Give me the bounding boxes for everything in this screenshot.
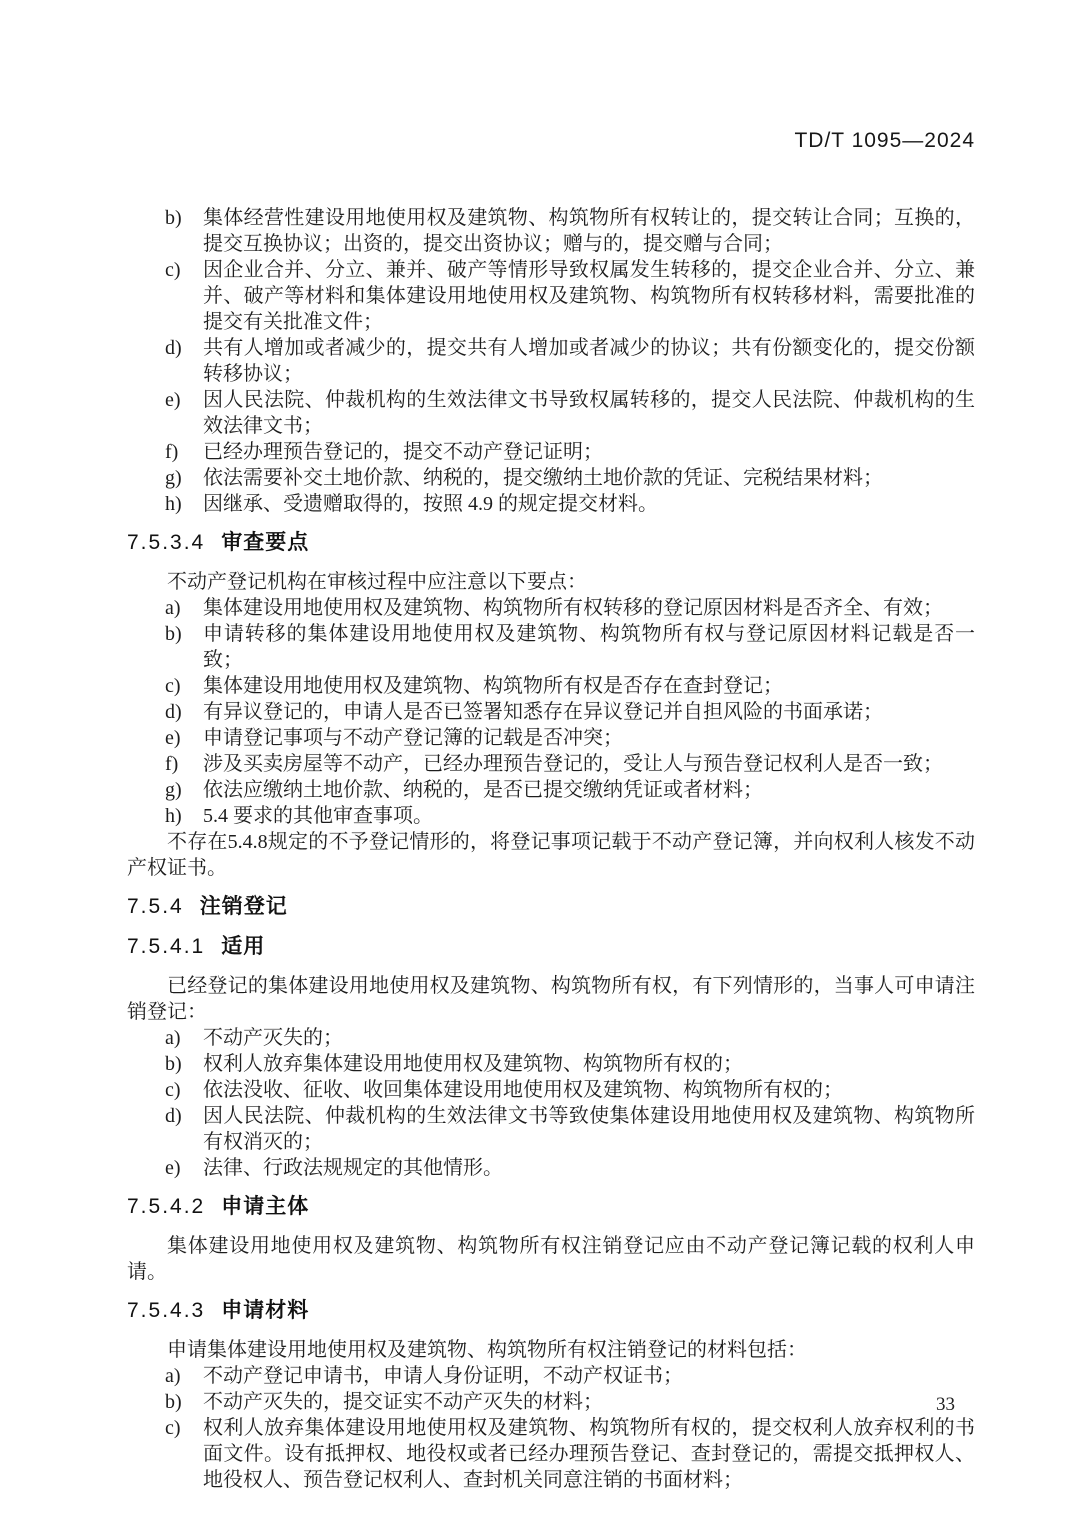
section-heading: 7.5.4.2申请主体 bbox=[127, 1193, 975, 1220]
list-item: a)不动产登记申请书，申请人身份证明，不动产权证书； bbox=[165, 1363, 975, 1389]
paragraph: 不存在5.4.8规定的不予登记情形的，将登记事项记载于不动产登记簿，并向权利人核… bbox=[127, 829, 975, 881]
list-item: g)依法应缴纳土地价款、纳税的，是否已提交缴纳凭证或者材料； bbox=[165, 777, 975, 803]
list-item-text: 权利人放弃集体建设用地使用权及建筑物、构筑物所有权的； bbox=[203, 1051, 975, 1077]
list-item-text: 权利人放弃集体建设用地使用权及建筑物、构筑物所有权的，提交权利人放弃权利的书面文… bbox=[203, 1415, 975, 1493]
list-item: c)依法没收、征收、收回集体建设用地使用权及建筑物、构筑物所有权的； bbox=[165, 1077, 975, 1103]
list-item-label: d) bbox=[165, 1103, 203, 1155]
paragraph: 不动产登记机构在审核过程中应注意以下要点： bbox=[127, 569, 975, 595]
section-heading: 7.5.4.1适用 bbox=[127, 933, 975, 960]
list-item-text: 集体建设用地使用权及建筑物、构筑物所有权转移的登记原因材料是否齐全、有效； bbox=[203, 595, 975, 621]
list-item: d)因人民法院、仲裁机构的生效法律文书等致使集体建设用地使用权及建筑物、构筑物所… bbox=[165, 1103, 975, 1155]
list-item-text: 已经办理预告登记的，提交不动产登记证明； bbox=[203, 439, 975, 465]
list-item: g)依法需要补交土地价款、纳税的，提交缴纳土地价款的凭证、完税结果材料； bbox=[165, 465, 975, 491]
standard-number-header: TD/T 1095—2024 bbox=[794, 128, 975, 154]
list-item: h)5.4 要求的其他审查事项。 bbox=[165, 803, 975, 829]
list-item-label: b) bbox=[165, 621, 203, 673]
list-item: b)权利人放弃集体建设用地使用权及建筑物、构筑物所有权的； bbox=[165, 1051, 975, 1077]
list-item-label: e) bbox=[165, 725, 203, 751]
list-item: b)不动产灭失的，提交证实不动产灭失的材料； bbox=[165, 1389, 975, 1415]
list-item-label: f) bbox=[165, 439, 203, 465]
list-item: c)权利人放弃集体建设用地使用权及建筑物、构筑物所有权的，提交权利人放弃权利的书… bbox=[165, 1415, 975, 1493]
section-number: 7.5.4.2 bbox=[127, 1195, 205, 1218]
lettered-list: a)不动产灭失的；b)权利人放弃集体建设用地使用权及建筑物、构筑物所有权的；c)… bbox=[127, 1025, 975, 1181]
list-item: e)因人民法院、仲裁机构的生效法律文书导致权属转移的，提交人民法院、仲裁机构的生… bbox=[165, 387, 975, 439]
paragraph: 集体建设用地使用权及建筑物、构筑物所有权注销登记应由不动产登记簿记载的权利人申请… bbox=[127, 1233, 975, 1285]
list-item-text: 集体经营性建设用地使用权及建筑物、构筑物所有权转让的，提交转让合同；互换的，提交… bbox=[203, 205, 975, 257]
list-item-label: c) bbox=[165, 257, 203, 335]
section-heading: 7.5.3.4审查要点 bbox=[127, 529, 975, 556]
section-title: 适用 bbox=[221, 935, 265, 958]
lettered-list: a)不动产登记申请书，申请人身份证明，不动产权证书；b)不动产灭失的，提交证实不… bbox=[127, 1363, 975, 1493]
list-item: a)不动产灭失的； bbox=[165, 1025, 975, 1051]
list-item: d)有异议登记的，申请人是否已签署知悉存在异议登记并自担风险的书面承诺； bbox=[165, 699, 975, 725]
list-item-text: 法律、行政法规规定的其他情形。 bbox=[203, 1155, 975, 1181]
list-item-label: g) bbox=[165, 777, 203, 803]
lettered-list: b)集体经营性建设用地使用权及建筑物、构筑物所有权转让的，提交转让合同；互换的，… bbox=[127, 205, 975, 517]
list-item: b)集体经营性建设用地使用权及建筑物、构筑物所有权转让的，提交转让合同；互换的，… bbox=[165, 205, 975, 257]
paragraph: 已经登记的集体建设用地使用权及建筑物、构筑物所有权，有下列情形的，当事人可申请注… bbox=[127, 973, 975, 1025]
list-item-label: f) bbox=[165, 751, 203, 777]
list-item: c)集体建设用地使用权及建筑物、构筑物所有权是否存在查封登记； bbox=[165, 673, 975, 699]
list-item-label: g) bbox=[165, 465, 203, 491]
list-item-label: b) bbox=[165, 1389, 203, 1415]
document-body: b)集体经营性建设用地使用权及建筑物、构筑物所有权转让的，提交转让合同；互换的，… bbox=[127, 205, 975, 1493]
section-title: 申请材料 bbox=[221, 1299, 309, 1322]
list-item-label: a) bbox=[165, 1025, 203, 1051]
list-item-label: h) bbox=[165, 803, 203, 829]
lettered-list: a)集体建设用地使用权及建筑物、构筑物所有权转移的登记原因材料是否齐全、有效；b… bbox=[127, 595, 975, 829]
list-item-text: 不动产灭失的，提交证实不动产灭失的材料； bbox=[203, 1389, 975, 1415]
list-item-text: 申请登记事项与不动产登记簿的记载是否冲突； bbox=[203, 725, 975, 751]
list-item-label: b) bbox=[165, 205, 203, 257]
list-item-label: a) bbox=[165, 1363, 203, 1389]
section-heading: 7.5.4注销登记 bbox=[127, 893, 975, 920]
list-item-label: h) bbox=[165, 491, 203, 517]
list-item: e)法律、行政法规规定的其他情形。 bbox=[165, 1155, 975, 1181]
section-number: 7.5.4.3 bbox=[127, 1299, 205, 1322]
list-item-text: 共有人增加或者减少的，提交共有人增加或者减少的协议；共有份额变化的，提交份额转移… bbox=[203, 335, 975, 387]
list-item-label: e) bbox=[165, 1155, 203, 1181]
list-item-text: 因继承、受遗赠取得的，按照 4.9 的规定提交材料。 bbox=[203, 491, 975, 517]
list-item: f)已经办理预告登记的，提交不动产登记证明； bbox=[165, 439, 975, 465]
list-item-text: 因人民法院、仲裁机构的生效法律文书等致使集体建设用地使用权及建筑物、构筑物所有权… bbox=[203, 1103, 975, 1155]
list-item-label: c) bbox=[165, 1415, 203, 1493]
paragraph: 申请集体建设用地使用权及建筑物、构筑物所有权注销登记的材料包括： bbox=[127, 1337, 975, 1363]
list-item-text: 申请转移的集体建设用地使用权及建筑物、构筑物所有权与登记原因材料记载是否一致； bbox=[203, 621, 975, 673]
list-item-text: 涉及买卖房屋等不动产，已经办理预告登记的，受让人与预告登记权利人是否一致； bbox=[203, 751, 975, 777]
list-item: b)申请转移的集体建设用地使用权及建筑物、构筑物所有权与登记原因材料记载是否一致… bbox=[165, 621, 975, 673]
list-item: f)涉及买卖房屋等不动产，已经办理预告登记的，受让人与预告登记权利人是否一致； bbox=[165, 751, 975, 777]
list-item-text: 因人民法院、仲裁机构的生效法律文书导致权属转移的，提交人民法院、仲裁机构的生效法… bbox=[203, 387, 975, 439]
list-item-label: c) bbox=[165, 1077, 203, 1103]
list-item: a)集体建设用地使用权及建筑物、构筑物所有权转移的登记原因材料是否齐全、有效； bbox=[165, 595, 975, 621]
section-title: 注销登记 bbox=[200, 895, 288, 918]
section-number: 7.5.4 bbox=[127, 895, 184, 918]
list-item-label: d) bbox=[165, 699, 203, 725]
section-number: 7.5.4.1 bbox=[127, 935, 205, 958]
list-item-text: 依法需要补交土地价款、纳税的，提交缴纳土地价款的凭证、完税结果材料； bbox=[203, 465, 975, 491]
list-item: e)申请登记事项与不动产登记簿的记载是否冲突； bbox=[165, 725, 975, 751]
section-title: 申请主体 bbox=[221, 1195, 309, 1218]
list-item-label: a) bbox=[165, 595, 203, 621]
list-item-label: b) bbox=[165, 1051, 203, 1077]
list-item: c)因企业合并、分立、兼并、破产等情形导致权属发生转移的，提交企业合并、分立、兼… bbox=[165, 257, 975, 335]
list-item-text: 因企业合并、分立、兼并、破产等情形导致权属发生转移的，提交企业合并、分立、兼并、… bbox=[203, 257, 975, 335]
list-item-text: 有异议登记的，申请人是否已签署知悉存在异议登记并自担风险的书面承诺； bbox=[203, 699, 975, 725]
list-item-text: 不动产灭失的； bbox=[203, 1025, 975, 1051]
list-item: d)共有人增加或者减少的，提交共有人增加或者减少的协议；共有份额变化的，提交份额… bbox=[165, 335, 975, 387]
section-title: 审查要点 bbox=[221, 531, 309, 554]
list-item-text: 依法应缴纳土地价款、纳税的，是否已提交缴纳凭证或者材料； bbox=[203, 777, 975, 803]
document-page: TD/T 1095—2024 b)集体经营性建设用地使用权及建筑物、构筑物所有权… bbox=[0, 0, 1074, 1520]
list-item-label: e) bbox=[165, 387, 203, 439]
page-number: 33 bbox=[936, 1392, 955, 1418]
list-item-text: 依法没收、征收、收回集体建设用地使用权及建筑物、构筑物所有权的； bbox=[203, 1077, 975, 1103]
list-item-text: 集体建设用地使用权及建筑物、构筑物所有权是否存在查封登记； bbox=[203, 673, 975, 699]
list-item: h)因继承、受遗赠取得的，按照 4.9 的规定提交材料。 bbox=[165, 491, 975, 517]
section-heading: 7.5.4.3申请材料 bbox=[127, 1297, 975, 1324]
list-item-text: 不动产登记申请书，申请人身份证明，不动产权证书； bbox=[203, 1363, 975, 1389]
list-item-label: d) bbox=[165, 335, 203, 387]
list-item-label: c) bbox=[165, 673, 203, 699]
list-item-text: 5.4 要求的其他审查事项。 bbox=[203, 803, 975, 829]
section-number: 7.5.3.4 bbox=[127, 531, 205, 554]
